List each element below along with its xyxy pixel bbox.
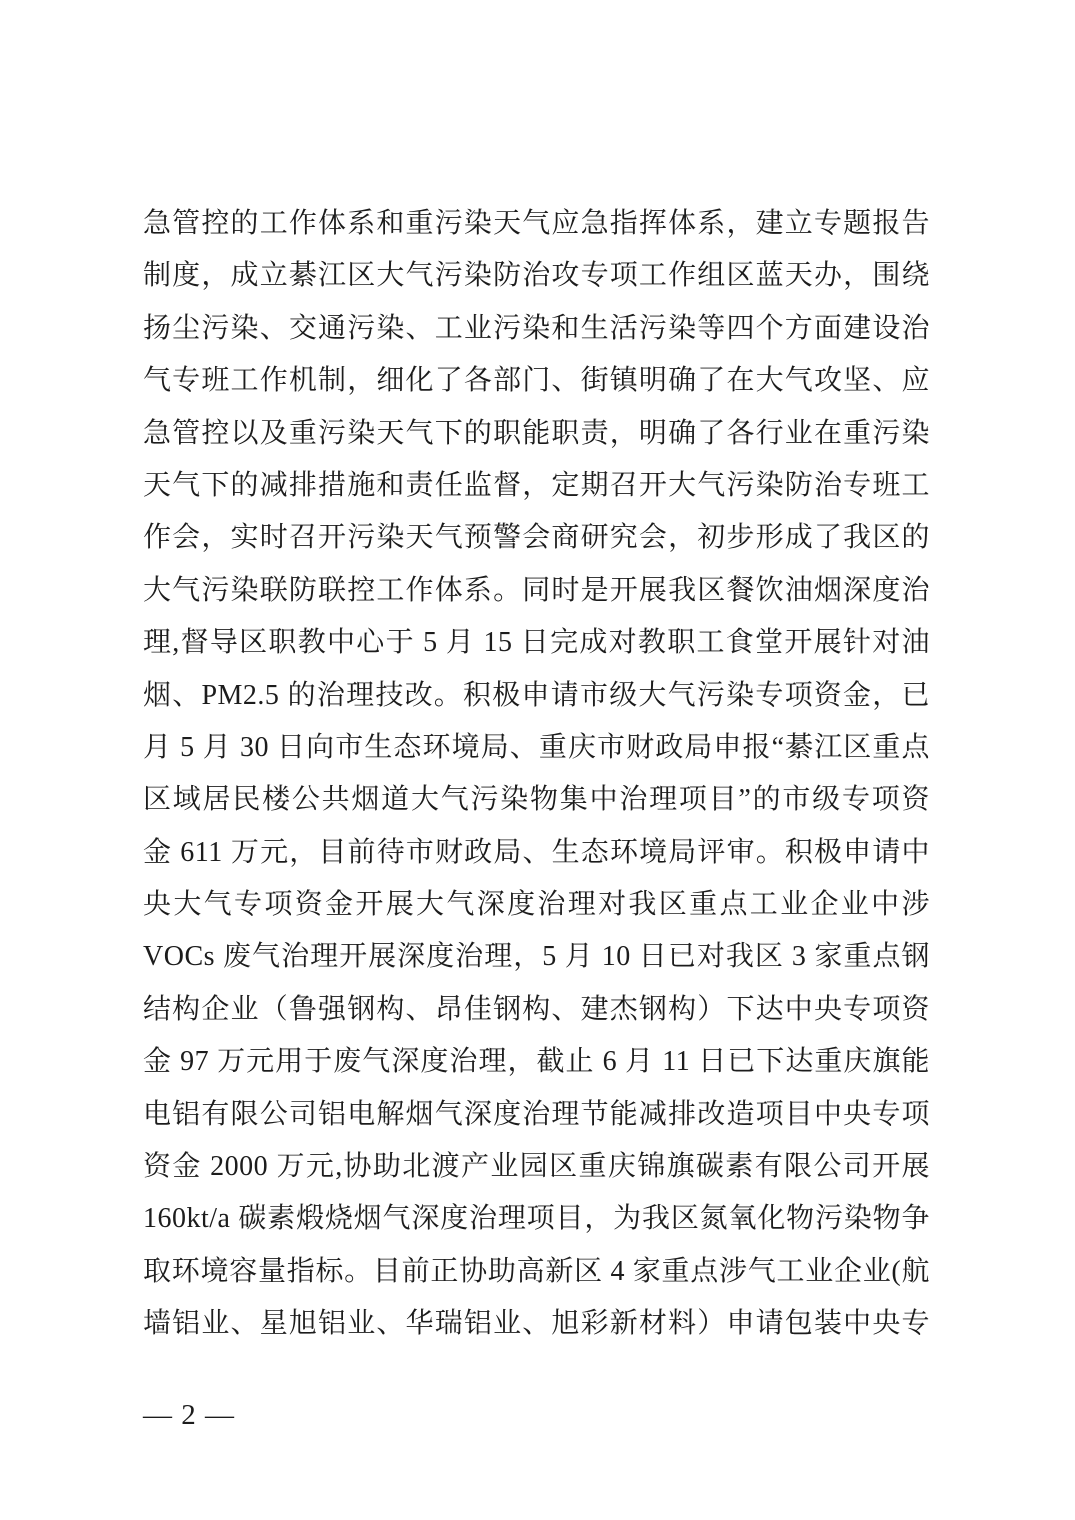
document-page: 急管控的工作体系和重污染天气应急指挥体系，建立专题报告 制度，成立綦江区大气污染… <box>0 0 1075 1520</box>
text-line: 烟、PM2.5 的治理技改。积极申请市级大气污染专项资金，已 <box>143 670 930 722</box>
text-line: 大气污染联防联控工作体系。同时是开展我区餐饮油烟深度治 <box>143 565 930 617</box>
text-line: 天气下的减排措施和责任监督，定期召开大气污染防治专班工 <box>143 460 930 512</box>
text-line: 央大气专项资金开展大气深度治理对我区重点工业企业中涉 <box>143 879 930 931</box>
text-line: 急管控的工作体系和重污染天气应急指挥体系，建立专题报告 <box>143 198 930 250</box>
text-line: 结构企业（鲁强钢构、昂佳钢构、建杰钢构）下达中央专项资 <box>143 984 930 1036</box>
text-line: 金 611 万元，目前待市财政局、生态环境局评审。积极申请中 <box>143 827 930 879</box>
body-text: 急管控的工作体系和重污染天气应急指挥体系，建立专题报告 制度，成立綦江区大气污染… <box>143 198 930 1351</box>
text-line: 理,督导区职教中心于 5 月 15 日完成对教职工食堂开展针对油 <box>143 617 930 669</box>
text-line: 急管控以及重污染天气下的职能职责，明确了各行业在重污染 <box>143 408 930 460</box>
text-line: 气专班工作机制，细化了各部门、街镇明确了在大气攻坚、应 <box>143 355 930 407</box>
text-line: 金 97 万元用于废气深度治理，截止 6 月 11 日已下达重庆旗能 <box>143 1036 930 1088</box>
text-line: 160kt/a 碳素煅烧烟气深度治理项目，为我区氮氧化物污染物争 <box>143 1193 930 1245</box>
text-line: 资金 2000 万元,协助北渡产业园区重庆锦旗碳素有限公司开展 <box>143 1141 930 1193</box>
page-number: — 2 — <box>143 1398 235 1432</box>
text-line: 作会，实时召开污染天气预警会商研究会，初步形成了我区的 <box>143 512 930 564</box>
text-line: 取环境容量指标。目前正协助高新区 4 家重点涉气工业企业(航 <box>143 1246 930 1298</box>
text-line: 制度，成立綦江区大气污染防治攻专项工作组区蓝天办，围绕 <box>143 250 930 302</box>
text-line: 墙铝业、星旭铝业、华瑞铝业、旭彩新材料）申请包装中央专 <box>143 1298 930 1350</box>
text-line: 月 5 月 30 日向市生态环境局、重庆市财政局申报“綦江区重点 <box>143 722 930 774</box>
text-line: 扬尘污染、交通污染、工业污染和生活污染等四个方面建设治 <box>143 303 930 355</box>
text-line: 区域居民楼公共烟道大气污染物集中治理项目”的市级专项资 <box>143 774 930 826</box>
text-line: 电铝有限公司铝电解烟气深度治理节能减排改造项目中央专项 <box>143 1089 930 1141</box>
text-line: VOCs 废气治理开展深度治理，5 月 10 日已对我区 3 家重点钢 <box>143 931 930 983</box>
